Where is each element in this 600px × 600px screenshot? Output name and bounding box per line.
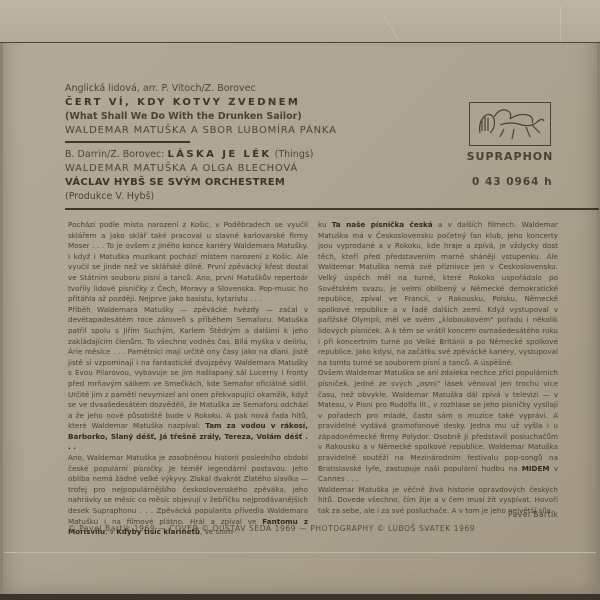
- footer-credits: © Pavel Bartík 1969 — COVER © OUSTAV SED…: [68, 524, 475, 533]
- paragraph: Ovšem Waldemar Matuška se ani zdaleka ne…: [318, 368, 558, 485]
- track-1-original-title: (What Shall We Do With the Drunken Sailo…: [65, 110, 405, 124]
- production-credit: (Produkce V. Hybš): [65, 190, 405, 204]
- liner-notes-left: Pochází podle místa narození z Košic, v …: [68, 220, 308, 538]
- track-1-performer: WALDEMAR MATUŠKA A SBOR LUBOMÍRA PÁNKA: [65, 124, 405, 138]
- divider: [65, 141, 190, 143]
- divider-long: [65, 208, 599, 210]
- orchestra: VÁCLAV HYBŠ SE SVÝM ORCHESTREM: [65, 176, 405, 190]
- track-credits: Anglická lidová, arr. P. Vitoch/Z. Borov…: [65, 82, 405, 215]
- track-2-title: LÁSKA JE LÉK: [168, 149, 272, 160]
- author-signature: Pavel Bartík: [508, 510, 559, 519]
- track-1-composer: Anglická lidová, arr. P. Vitoch/Z. Borov…: [65, 82, 405, 96]
- crease-mark: [560, 6, 561, 42]
- sleeve-shadow: [0, 594, 600, 600]
- track-2-original-title: (Things): [275, 149, 314, 160]
- paragraph: Pochází podle místa narození z Košic, v …: [68, 220, 308, 305]
- sleeve-bottom-edge: [4, 552, 596, 553]
- track-2-composer: B. Darrin/Z. Borovec:: [65, 149, 164, 160]
- paragraph: ku Ta naše písnička česká a v dalších fi…: [318, 220, 558, 368]
- label-brand: SUPRAPHON: [465, 150, 555, 163]
- sleeve-top-flap: [0, 0, 600, 43]
- track-1-title: ČERT VÍ, KDY KOTVY ZVEDNEM: [65, 96, 405, 110]
- paragraph: Příběh Waldemara Matušky — zpěvácké hvěz…: [68, 305, 308, 453]
- track-2-performer: WALDEMAR MATUŠKA A OLGA BLECHOVÁ: [65, 162, 405, 176]
- film-title: Ta naše písnička česká: [332, 220, 433, 229]
- lion-emblem-icon: [469, 102, 551, 146]
- midem: MIDEM: [522, 464, 550, 473]
- liner-notes-right: ku Ta naše písnička česká a v dalších fi…: [318, 220, 558, 517]
- track-2-line: B. Darrin/Z. Borovec: LÁSKA JE LÉK (Thin…: [65, 148, 405, 162]
- catalog-number: 0 43 0964 h: [472, 176, 552, 188]
